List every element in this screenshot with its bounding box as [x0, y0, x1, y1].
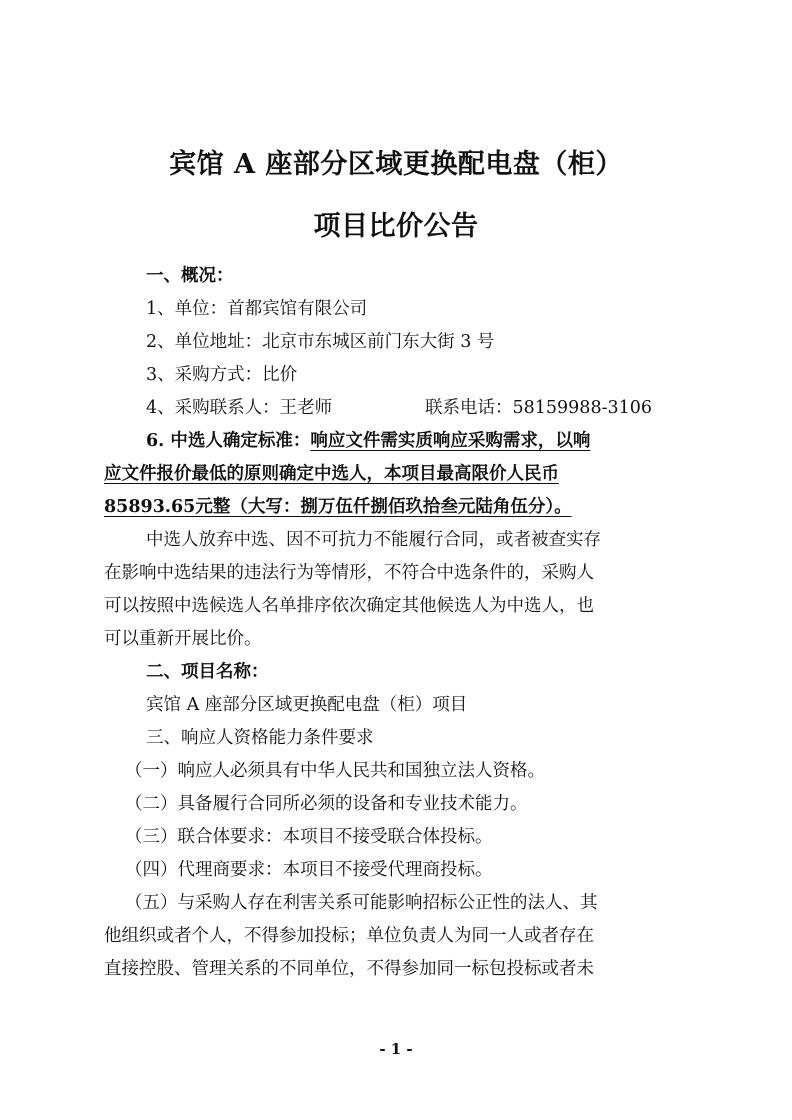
unit-address: 2、单位地址：北京市东城区前门东大街 3 号: [146, 331, 494, 353]
paragraph-line3: 可以按照中选候选人名单排序依次确定其他候选人为中选人，也: [104, 595, 594, 617]
document-title-line1: 宾馆 A 座部分区域更换配电盘（柜）: [0, 142, 792, 181]
procurement-contact: 4、采购联系人：王老师: [146, 397, 332, 419]
section3-heading: 三、响应人资格能力条件要求: [146, 727, 374, 749]
criteria-line1: 6. 中选人确定标准：响应文件需实质响应采购需求，以响: [146, 430, 590, 452]
document-title-line2: 项目比价公告: [0, 204, 792, 243]
requirement-5-line1: （五）与采购人存在利害关系可能影响招标公正性的法人、其: [125, 892, 598, 914]
section1-heading: 一、概况：: [146, 265, 234, 287]
requirement-4: （四）代理商要求：本项目不接受代理商投标。: [125, 859, 493, 881]
criteria-text-1: 响应文件需实质响应采购需求，以响: [310, 431, 590, 451]
document-page: 宾馆 A 座部分区域更换配电盘（柜） 项目比价公告 一、概况： 1、单位：首都宾…: [0, 0, 792, 1120]
requirement-1: （一）响应人必须具有中华人民共和国独立法人资格。: [125, 760, 545, 782]
paragraph-line4: 可以重新开展比价。: [104, 628, 262, 650]
procurement-method: 3、采购方式：比价: [146, 364, 297, 386]
section2-heading: 二、项目名称：: [146, 661, 269, 683]
criteria-text-2: 应文件报价最低的原则确定中选人，本项目最高限价人民币: [104, 463, 559, 485]
paragraph-line2: 在影响中选结果的违法行为等情形，不符合中选条件的，采购人: [104, 562, 594, 584]
criteria-text-3: 85893.65元整（大写：捌万伍仟捌佰玖拾叁元陆角伍分）。: [104, 496, 572, 518]
requirement-5-line3: 直接控股、管理关系的不同单位，不得参加同一标包投标或者未: [104, 958, 594, 980]
unit-name: 1、单位：首都宾馆有限公司: [146, 298, 367, 320]
requirement-5-line2: 他组织或者个人，不得参加投标；单位负责人为同一人或者存在: [104, 925, 594, 947]
page-number: - 1 -: [0, 1040, 792, 1058]
project-name: 宾馆 A 座部分区域更换配电盘（柜）项目: [146, 694, 467, 716]
contact-phone: 联系电话：58159988-3106: [425, 397, 652, 419]
requirement-2: （二）具备履行合同所必须的设备和专业技术能力。: [125, 793, 528, 815]
criteria-label: 6. 中选人确定标准：: [146, 431, 310, 451]
requirement-3: （三）联合体要求：本项目不接受联合体投标。: [125, 826, 493, 848]
paragraph-line1: 中选人放弃中选、因不可抗力不能履行合同，或者被查实存: [146, 529, 601, 551]
